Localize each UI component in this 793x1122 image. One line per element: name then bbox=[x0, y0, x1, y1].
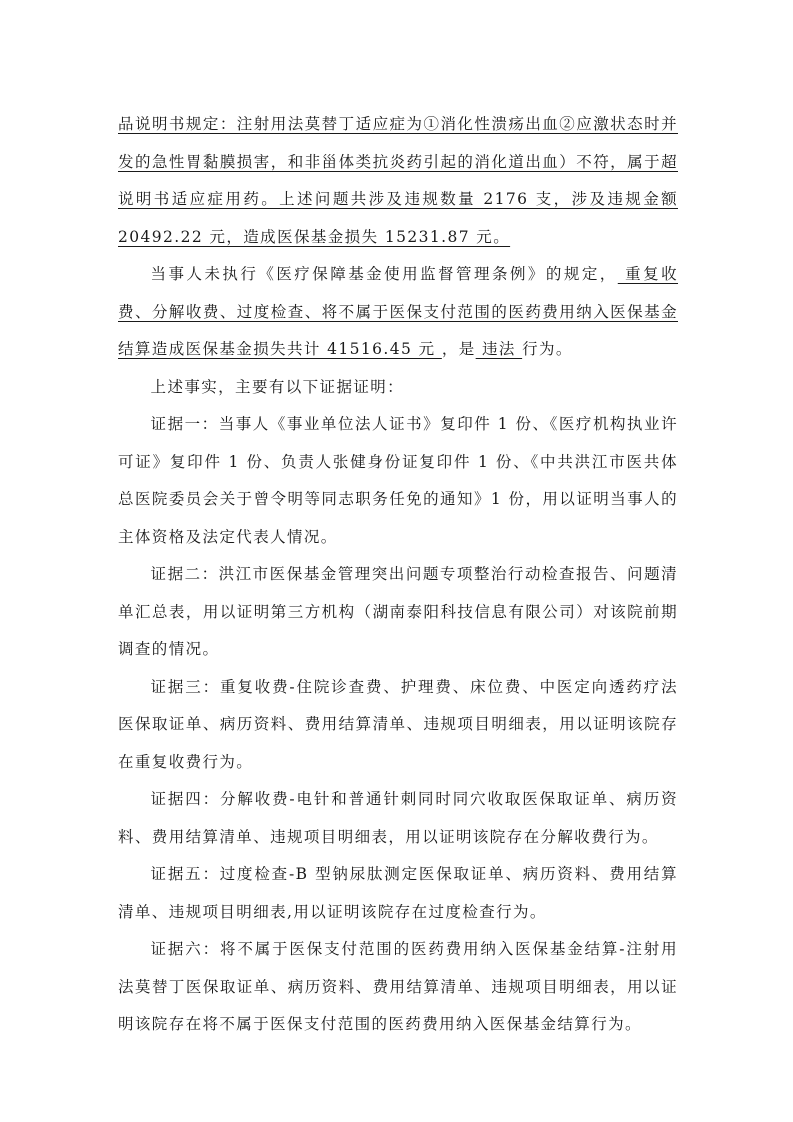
paragraph-evidence-4: 证据四：分解收费-电针和普通针刺同时同穴收取医保取证单、病历资料、费用结算清单、… bbox=[118, 781, 678, 856]
paragraph-evidence-intro: 上述事实，主要有以下证据证明： bbox=[118, 369, 678, 407]
paragraph-violation-finding: 当事人未执行《医疗保障基金使用监督管理条例》的规定， 重复收费、分解收费、过度检… bbox=[118, 256, 678, 369]
paragraph-evidence-5: 证据五：过度检查-B 型钠尿肽测定医保取证单、病历资料、费用结算清单、违规项目明… bbox=[118, 856, 678, 931]
text-segment: 证据二：洪江市医保基金管理突出问题专项整治行动检查报告、问题清单汇总表，用以证明… bbox=[118, 565, 678, 658]
paragraph-evidence-1: 证据一：当事人《事业单位法人证书》复印件 1 份、《医疗机构执业许可证》复印件 … bbox=[118, 406, 678, 556]
text-segment: 证据五：过度检查-B 型钠尿肽测定医保取证单、病历资料、费用结算清单、违规项目明… bbox=[118, 865, 678, 921]
text-segment: 当事人未执行《医疗保障基金使用监督管理条例》的规定， bbox=[151, 265, 618, 283]
document-page: 品说明书规定：注射用法莫替丁适应症为①消化性溃疡出血②应激状态时并发的急性胃黏膜… bbox=[118, 106, 678, 1044]
text-segment: 上述事实，主要有以下证据证明： bbox=[151, 378, 405, 396]
paragraph-drug-indication: 品说明书规定：注射用法莫替丁适应症为①消化性溃疡出血②应激状态时并发的急性胃黏膜… bbox=[118, 106, 678, 256]
text-segment: 证据六：将不属于医保支付范围的医药费用纳入医保基金结算-注射用法莫替丁医保取证单… bbox=[118, 940, 678, 1033]
paragraph-evidence-6: 证据六：将不属于医保支付范围的医药费用纳入医保基金结算-注射用法莫替丁医保取证单… bbox=[118, 931, 678, 1044]
text-segment: 证据三：重复收费-住院诊查费、护理费、床位费、中医定向透药疗法医保取证单、病历资… bbox=[118, 678, 678, 771]
text-segment: 行为。 bbox=[522, 340, 573, 358]
paragraph-evidence-2: 证据二：洪江市医保基金管理突出问题专项整治行动检查报告、问题清单汇总表，用以证明… bbox=[118, 556, 678, 669]
text-segment: 证据一：当事人《事业单位法人证书》复印件 1 份、《医疗机构执业许可证》复印件 … bbox=[118, 415, 678, 546]
paragraph-evidence-3: 证据三：重复收费-住院诊查费、护理费、床位费、中医定向透药疗法医保取证单、病历资… bbox=[118, 669, 678, 782]
text-segment: 证据四：分解收费-电针和普通针刺同时同穴收取医保取证单、病历资料、费用结算清单、… bbox=[118, 790, 678, 846]
underlined-text: 品说明书规定：注射用法莫替丁适应症为①消化性溃疡出血②应激状态时并发的急性胃黏膜… bbox=[118, 115, 678, 246]
underlined-text: 违法 bbox=[476, 340, 522, 358]
text-segment: ，是 bbox=[442, 340, 476, 358]
